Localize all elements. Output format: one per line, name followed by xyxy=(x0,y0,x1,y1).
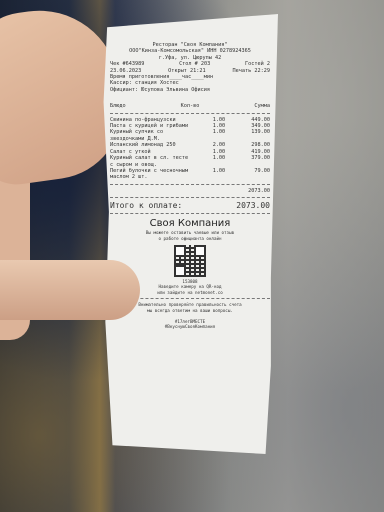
total-label: Итого к оплате: xyxy=(110,201,182,210)
tip-line-2: о работе официанта онлайн xyxy=(110,236,270,241)
items-list: Свинина по-французски1.00449.00 Паста с … xyxy=(110,117,270,181)
subtotal: 2073.00 xyxy=(248,188,270,194)
finger xyxy=(0,260,140,320)
total-amount: 2073.00 xyxy=(236,201,270,210)
divider xyxy=(110,113,270,114)
item-sum: 379.00 xyxy=(225,155,270,168)
company-inn: ООО"Кинза-Комсомольская" ИНН 0278924365 xyxy=(110,48,270,54)
receipt: Ресторан "Своя Компания" ООО"Кинза-Комсо… xyxy=(100,14,278,454)
item-row: Куриный салат в сл. тесте с сыром и овощ… xyxy=(110,155,270,168)
item-name: Пегий булочки с чесночным маслом 2 шт. xyxy=(110,168,193,181)
divider xyxy=(110,197,270,198)
printed-time: Печать 22:29 xyxy=(233,68,270,74)
item-sum: 139.00 xyxy=(225,129,270,142)
column-sum: Сумма xyxy=(254,103,270,109)
item-sum: 79.00 xyxy=(225,168,270,181)
item-qty: 1.00 xyxy=(193,155,225,168)
divider xyxy=(110,184,270,185)
item-name: Куриный супчик со звездочками Д.М. xyxy=(110,129,193,142)
item-row: Пегий булочки с чесночным маслом 2 шт.1.… xyxy=(110,168,270,181)
footer-brand: Своя Компания xyxy=(110,218,270,230)
column-dish: Блюдо xyxy=(110,103,126,109)
column-qty: Кол-во xyxy=(181,103,200,109)
item-qty: 1.00 xyxy=(193,129,225,142)
item-name: Куриный салат в сл. тесте с сыром и овощ… xyxy=(110,155,193,168)
divider xyxy=(110,213,270,214)
hashtag-2: #ВкуснуюСвояКомпания xyxy=(110,324,270,329)
item-row: Куриный супчик со звездочками Д.М.1.0013… xyxy=(110,129,270,142)
qr-code-icon xyxy=(174,245,206,277)
item-qty: 1.00 xyxy=(193,168,225,181)
